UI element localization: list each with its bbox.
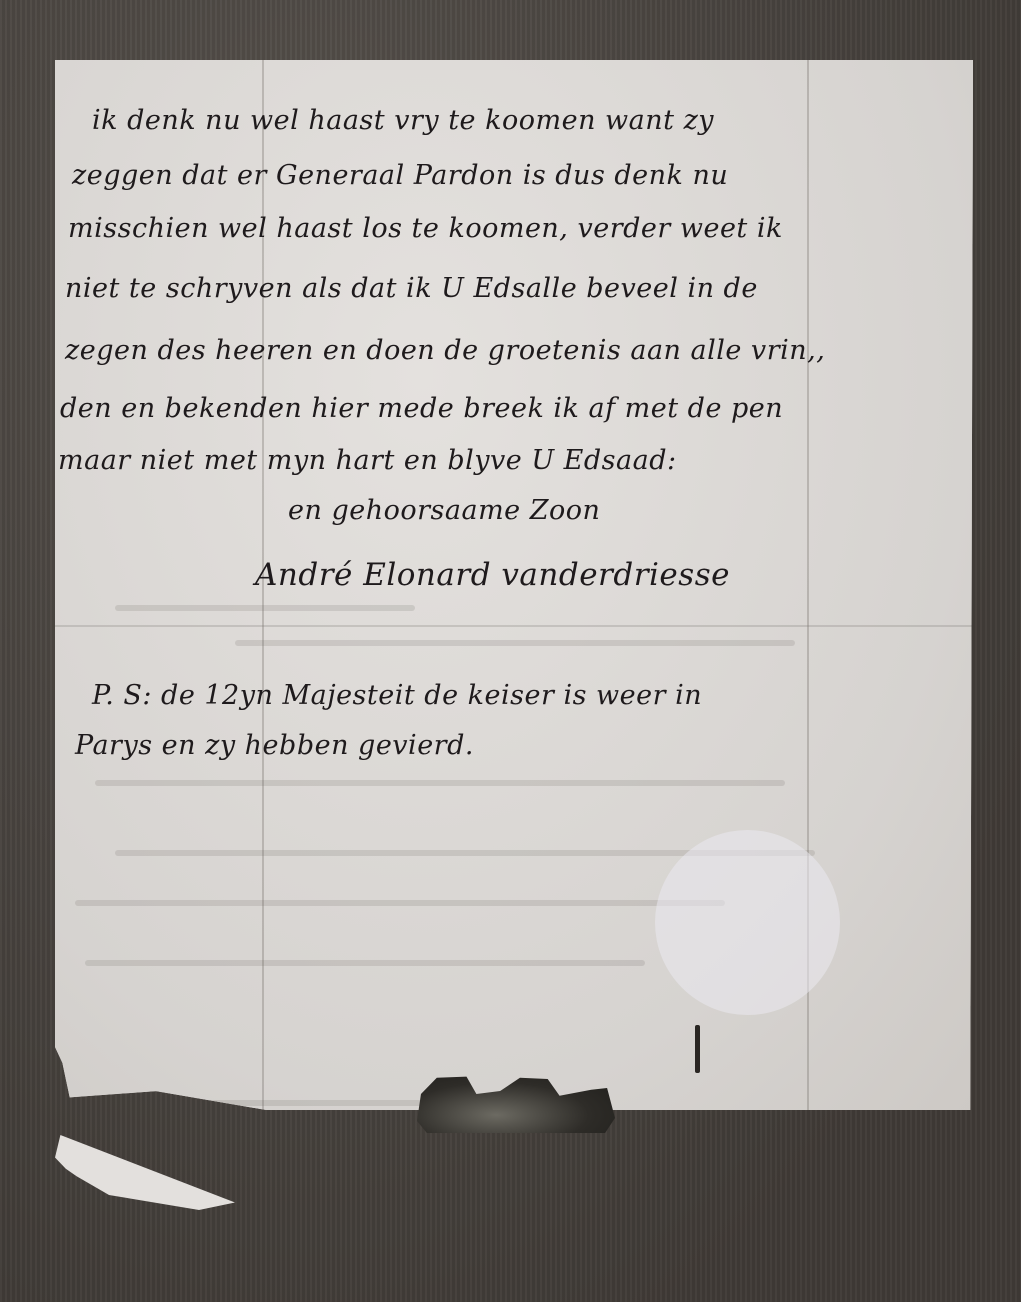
letter-line-1: ik denk nu wel haast vry te koomen want … [92,105,714,136]
postscript-line-1: P. S: de 12yn Majesteit de keiser is wee… [92,680,702,711]
bleed-through-text [85,960,645,966]
letter-line-2: zeggen dat er Generaal Pardon is dus den… [72,160,728,191]
fold-crease [55,625,973,627]
letter-line-4: niet te schryven als dat ik U Edsalle be… [65,273,758,304]
postscript-line-2: Parys en zy hebben gevierd. [75,730,474,761]
letter-line-6: den en bekenden hier mede breek ik af me… [60,393,783,424]
bleed-through-text [235,640,795,646]
letter-line-7: maar niet met myn hart en blyve U Edsaad… [58,445,677,476]
bleed-through-text [95,1100,425,1106]
bleed-through-text [115,605,415,611]
letter-line-5: zegen des heeren en doen de groetenis aa… [65,335,825,366]
faded-postmark-stamp [655,830,840,1015]
torn-corner-flap [55,1135,235,1210]
ink-stroke [695,1025,700,1073]
bleed-through-text [95,780,785,786]
letter-closing: en gehoorsaame Zoon [288,495,600,526]
letter-line-3: misschien wel haast los te koomen, verde… [68,213,783,244]
bleed-through-text [75,900,725,906]
letter-signature: André Elonard vanderdriesse [255,557,730,593]
